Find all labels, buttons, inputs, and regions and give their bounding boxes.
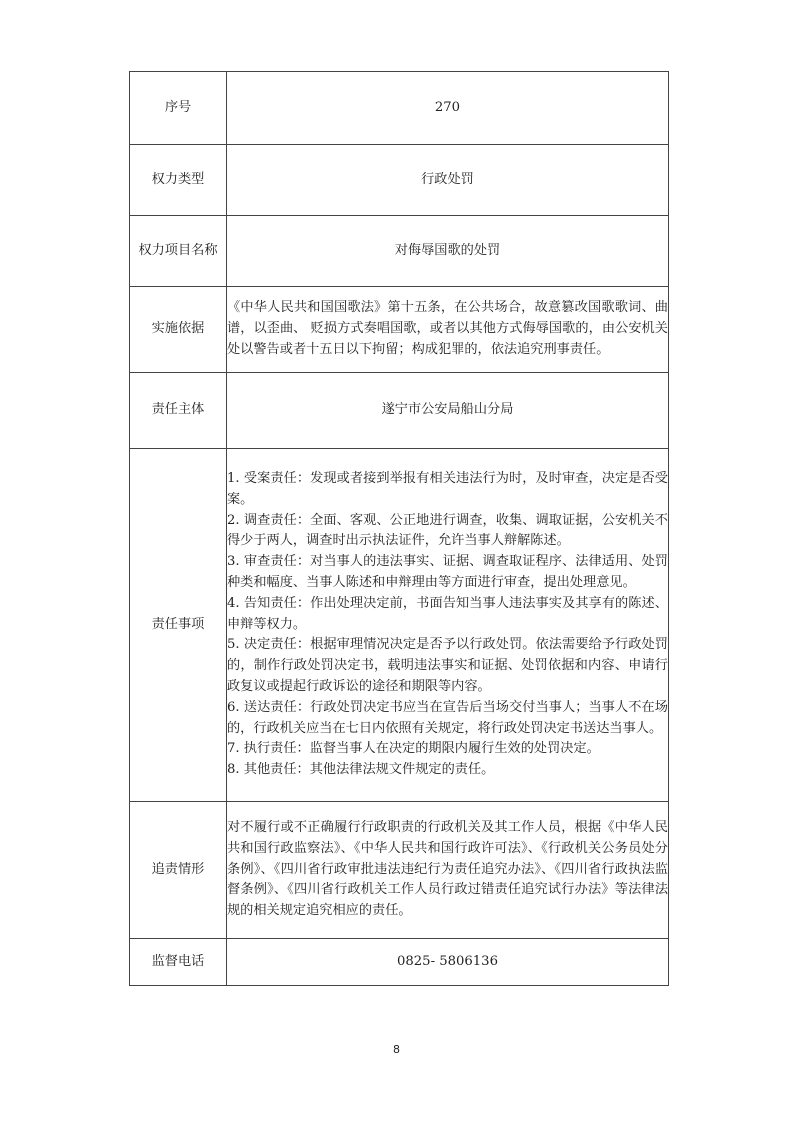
row-item-name: 权力项目名称 对侮辱国歌的处罚: [130, 216, 669, 287]
row-power-type: 权力类型 行政处罚: [130, 145, 669, 216]
label-subject: 责任主体: [130, 373, 227, 449]
row-accountability: 追责情形 对不履行或不正确履行行政职责的行政机关及其工作人员，根据《中华人民共和…: [130, 802, 669, 939]
duty-item: 1. 受案责任：发现或者接到举报有相关违法行为时，及时审查，决定是否受案。: [227, 469, 668, 511]
value-duties: 1. 受案责任：发现或者接到举报有相关违法行为时，及时审查，决定是否受案。 2.…: [227, 449, 669, 802]
duty-item: 7. 执行责任：监督当事人在决定的期限内履行生效的处罚决定。: [227, 739, 668, 760]
value-serial: 270: [227, 72, 669, 145]
value-item-name: 对侮辱国歌的处罚: [227, 216, 669, 287]
row-subject: 责任主体 遂宁市公安局船山分局: [130, 373, 669, 449]
duty-item: 3. 审查责任：对当事人的违法事实、证据、调查取证程序、法律适用、处罚种类和幅度…: [227, 552, 668, 594]
value-phone: 0825- 5806136: [227, 939, 669, 986]
value-power-type: 行政处罚: [227, 145, 669, 216]
row-duties: 责任事项 1. 受案责任：发现或者接到举报有相关违法行为时，及时审查，决定是否受…: [130, 449, 669, 802]
label-serial: 序号: [130, 72, 227, 145]
power-item-table: 序号 270 权力类型 行政处罚 权力项目名称 对侮辱国歌的处罚 实施依据 《中…: [129, 71, 669, 986]
row-serial: 序号 270: [130, 72, 669, 145]
value-accountability: 对不履行或不正确履行行政职责的行政机关及其工作人员，根据《中华人民共和国行政监察…: [227, 802, 669, 939]
label-item-name: 权力项目名称: [130, 216, 227, 287]
label-duties: 责任事项: [130, 449, 227, 802]
label-power-type: 权力类型: [130, 145, 227, 216]
value-basis: 《中华人民共和国国歌法》第十五条，在公共场合，故意篡改国歌歌词、曲谱，以歪曲、 …: [227, 287, 669, 373]
label-accountability: 追责情形: [130, 802, 227, 939]
duty-item: 4. 告知责任：作出处理决定前，书面告知当事人违法事实及其享有的陈述、申辩等权力…: [227, 594, 668, 636]
label-basis: 实施依据: [130, 287, 227, 373]
duty-item: 6. 送达责任：行政处罚决定书应当在宣告后当场交付当事人；当事人不在场的，行政机…: [227, 698, 668, 740]
duty-item: 2. 调查责任：全面、客观、公正地进行调查，收集、调取证据，公安机关不得少于两人…: [227, 511, 668, 553]
row-phone: 监督电话 0825- 5806136: [130, 939, 669, 986]
row-basis: 实施依据 《中华人民共和国国歌法》第十五条，在公共场合，故意篡改国歌歌词、曲谱，…: [130, 287, 669, 373]
duty-item: 8. 其他责任：其他法律法规文件规定的责任。: [227, 760, 668, 781]
label-phone: 监督电话: [130, 939, 227, 986]
duty-item: 5. 决定责任：根据审理情况决定是否予以行政处罚。依法需要给予行政处罚的，制作行…: [227, 635, 668, 697]
page-number: 8: [0, 1043, 793, 1056]
value-subject: 遂宁市公安局船山分局: [227, 373, 669, 449]
